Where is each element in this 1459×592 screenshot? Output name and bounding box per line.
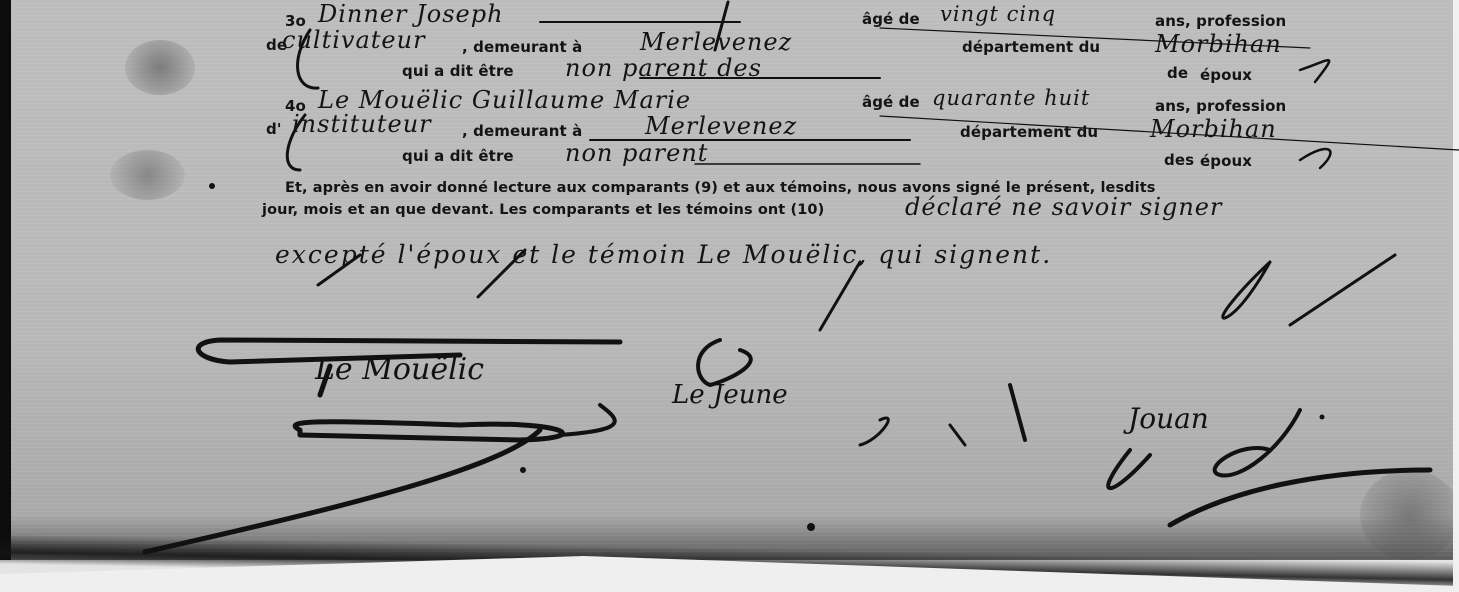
witness-profession: instituteur — [292, 110, 432, 138]
stain — [125, 40, 195, 95]
relation-label: qui a dit être — [402, 147, 514, 165]
signature-center: Le Jeune — [672, 380, 788, 410]
witness-age: quarante huit — [932, 86, 1090, 110]
scan-left-border — [0, 0, 11, 560]
witness-department: Morbihan — [1150, 115, 1277, 143]
witness-relation: non parent des — [565, 54, 762, 82]
closing-handwritten-exception: excepté l'époux et le témoin Le Mouëlic,… — [275, 240, 1052, 269]
witness-profession: cultivateur — [282, 26, 426, 54]
witness-age: vingt cinq — [940, 2, 1056, 26]
stain — [110, 150, 185, 200]
age-label: âgé de — [862, 10, 920, 28]
age-suffix: ans, profession — [1155, 97, 1286, 115]
profession-prefix: d' — [266, 120, 282, 138]
witness-department: Morbihan — [1155, 30, 1282, 58]
scan-right-border — [1453, 0, 1459, 592]
residence-label: , demeurant à — [462, 122, 582, 140]
witness-residence: Merlevenez — [640, 28, 792, 56]
department-label: département du — [960, 123, 1098, 141]
signature-left: Le Mouëlic — [315, 352, 484, 387]
document-page — [11, 0, 1453, 560]
witness-name: Dinner Joseph — [318, 0, 504, 28]
spouses-label: époux — [1200, 66, 1252, 84]
spouses-prefix: des — [1164, 151, 1194, 169]
spouses-label: époux — [1200, 152, 1252, 170]
relation-label: qui a dit être — [402, 62, 514, 80]
closing-handwritten-declaration: déclaré ne savoir signer — [905, 193, 1222, 221]
department-label: département du — [962, 38, 1100, 56]
witness-relation: non parent — [565, 139, 708, 167]
signature-right: Jouan — [1128, 402, 1209, 435]
age-label: âgé de — [862, 93, 920, 111]
closing-line-2: jour, mois et an que devant. Les compara… — [262, 202, 824, 218]
witness-residence: Merlevenez — [645, 112, 797, 140]
stain — [1360, 470, 1459, 560]
spouses-prefix: de — [1167, 64, 1188, 82]
age-suffix: ans, profession — [1155, 12, 1286, 30]
